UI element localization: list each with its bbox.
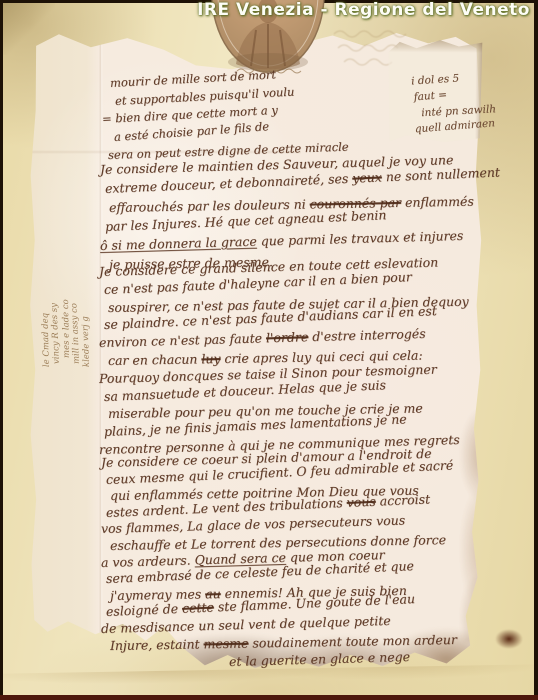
manuscript-body-block-2: Je considere ce grand silence en toute c… xyxy=(99,263,469,459)
manuscript-line: klede verj g xyxy=(79,257,92,367)
handwriting-layer: mourir de mille sort de mortet supportab… xyxy=(0,0,538,700)
manuscript-body-block-3: Je considere ce coeur si plein d'amour a… xyxy=(101,455,457,671)
watermark-text: IRE Venezia - Regione del Veneto xyxy=(197,0,530,20)
left-margin-note: le Cmad deqvincy R des symes e lade comi… xyxy=(42,257,94,367)
slip-annotation-block: i dol es 5faut =inté pn sawilhquell admi… xyxy=(411,71,497,138)
photo-frame: mourir de mille sort de mortet supportab… xyxy=(0,0,538,700)
manuscript-header-block: mourir de mille sort de mortet supportab… xyxy=(110,74,349,164)
